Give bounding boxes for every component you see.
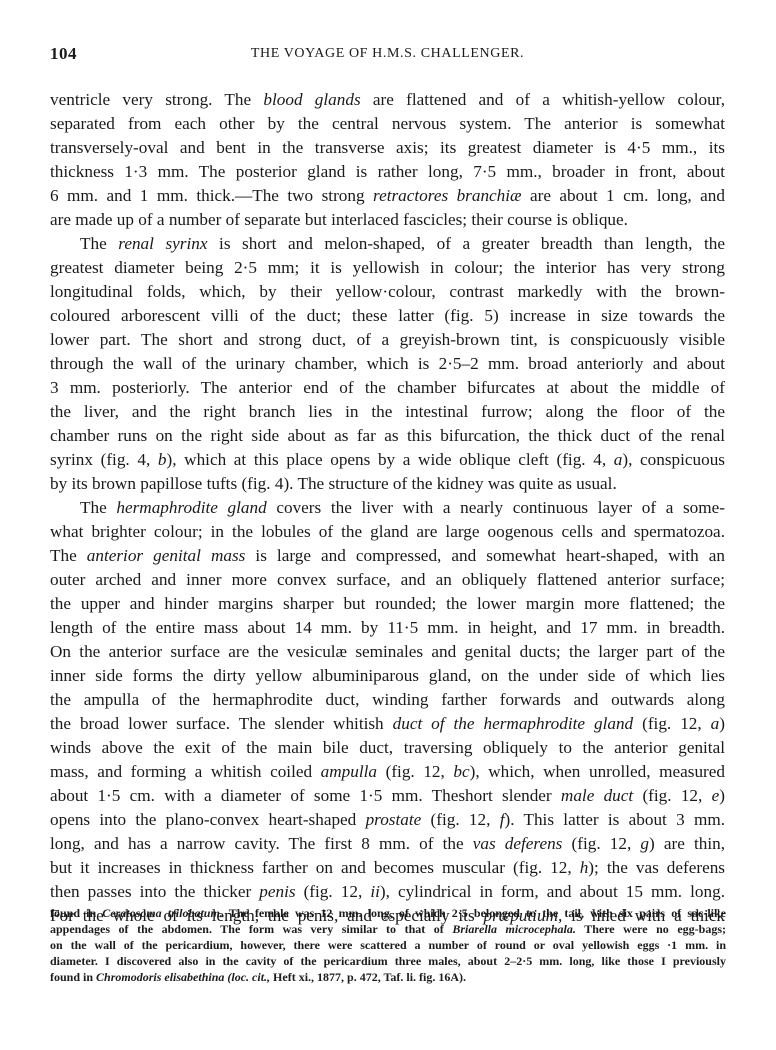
- text-run: The female was 12 mm. long, of which 2·5…: [223, 906, 726, 920]
- text-run: what brighter colour; in the lobules of …: [50, 522, 725, 541]
- body-line: 3 mm. posteriorly. The anterior end of t…: [50, 376, 725, 400]
- text-run: ); the vas deferens: [588, 858, 725, 877]
- text-run: thickness 1·3 mm. The posterior gland is…: [50, 162, 725, 181]
- italic-term: ii: [370, 882, 380, 901]
- body-line: but it increases in thickness farther on…: [50, 856, 725, 880]
- text-run: are flattened and of a whitish-yellow co…: [361, 90, 725, 109]
- running-title: THE VOYAGE OF H.M.S. CHALLENGER.: [50, 46, 725, 62]
- text-run: ) are thin,: [649, 834, 725, 853]
- text-run: the liver, and the right branch lies in …: [50, 402, 725, 421]
- body-line: thickness 1·3 mm. The posterior gland is…: [50, 160, 725, 184]
- body-line: transversely-oval and bent in the transv…: [50, 136, 725, 160]
- text-run: inner side forms the dirty yellow albumi…: [50, 666, 725, 685]
- body-line: On the anterior surface are the vesiculæ…: [50, 640, 725, 664]
- body-line: The hermaphrodite gland covers the liver…: [50, 496, 725, 520]
- body-line: about 1·5 cm. with a diameter of some 1·…: [50, 784, 725, 808]
- text-run: chamber runs on the right side about as …: [50, 426, 725, 445]
- text-run: ), which, when unrolled, measured: [470, 762, 725, 781]
- text-run: appendages of the abdomen. The form was …: [50, 922, 452, 936]
- text-run: ): [719, 714, 725, 733]
- footnote-line: found in Chromodoris elisabethina (loc. …: [50, 969, 726, 985]
- text-run: The: [80, 234, 118, 253]
- text-run: mass, and forming a whitish coiled: [50, 762, 321, 781]
- italic-term: hermaphrodite gland: [116, 498, 266, 517]
- italic-term: renal syrinx: [118, 234, 207, 253]
- text-run: 6 mm. and 1 mm. thick.—The two strong: [50, 186, 373, 205]
- italic-term: g: [640, 834, 649, 853]
- text-run: ), conspicuous: [622, 450, 725, 469]
- text-run: the broad lower surface. The slender whi…: [50, 714, 393, 733]
- text-run: is large and compressed, and somewhat he…: [245, 546, 725, 565]
- italic-term: anterior genital mass: [87, 546, 246, 565]
- italic-term: b: [158, 450, 167, 469]
- body-line: are made up of a number of separate but …: [50, 208, 725, 232]
- body-line: syrinx (fig. 4, b), which at this place …: [50, 448, 725, 472]
- body-line: opens into the plano-convex heart-shaped…: [50, 808, 725, 832]
- italic-term: Ceratosoma trilobatum.: [102, 906, 223, 920]
- footnote-line: found in Ceratosoma trilobatum. The fema…: [50, 905, 726, 921]
- body-line: separated from each other by the central…: [50, 112, 725, 136]
- text-run: length of the entire mass about 14 mm. b…: [50, 618, 725, 637]
- document-page: 104 THE VOYAGE OF H.M.S. CHALLENGER. ven…: [0, 0, 776, 1050]
- text-run: ), which at this place opens by a wide o…: [167, 450, 614, 469]
- text-run: syrinx (fig. 4,: [50, 450, 158, 469]
- text-run: then passes into the thicker: [50, 882, 259, 901]
- body-line: inner side forms the dirty yellow albumi…: [50, 664, 725, 688]
- body-line: length of the entire mass about 14 mm. b…: [50, 616, 725, 640]
- italic-term: vas deferens: [473, 834, 563, 853]
- italic-term: h: [580, 858, 589, 877]
- text-run: but it increases in thickness farther on…: [50, 858, 580, 877]
- body-line: the broad lower surface. The slender whi…: [50, 712, 725, 736]
- text-run: found in: [50, 906, 102, 920]
- text-run: covers the liver with a nearly continuou…: [267, 498, 725, 517]
- text-run: 3 mm. posteriorly. The anterior end of t…: [50, 378, 725, 397]
- body-line: greatest diameter being 2·5 mm; it is ye…: [50, 256, 725, 280]
- text-run: Heft xi., 1877, p. 472, Taf. li. fig. 16…: [270, 970, 466, 984]
- text-run: ). This latter is about 3 mm.: [504, 810, 725, 829]
- text-run: diameter. I discovered also in the cavit…: [50, 954, 726, 968]
- italic-term: ampulla: [321, 762, 377, 781]
- body-line: mass, and forming a whitish coiled ampul…: [50, 760, 725, 784]
- body-line: outer arched and inner more convex surfa…: [50, 568, 725, 592]
- footnote-line: diameter. I discovered also in the cavit…: [50, 953, 726, 969]
- body-line: lower part. The short and strong duct, o…: [50, 328, 725, 352]
- body-line: through the wall of the urinary chamber,…: [50, 352, 725, 376]
- footnote: found in Ceratosoma trilobatum. The fema…: [50, 905, 726, 985]
- text-run: (fig. 12,: [562, 834, 640, 853]
- text-run: (fig. 12,: [421, 810, 499, 829]
- text-run: separated from each other by the central…: [50, 114, 725, 133]
- italic-term: bc: [453, 762, 469, 781]
- page-header: 104 THE VOYAGE OF H.M.S. CHALLENGER.: [50, 44, 725, 66]
- italic-term: a: [711, 714, 720, 733]
- text-run: winds above the exit of the main bile du…: [50, 738, 725, 757]
- body-line: ventricle very strong. The blood glands …: [50, 88, 725, 112]
- body-line: the liver, and the right branch lies in …: [50, 400, 725, 424]
- body-line: The renal syrinx is short and melon-shap…: [50, 232, 725, 256]
- text-run: the ampulla of the hermaphrodite duct, w…: [50, 690, 725, 709]
- text-run: (fig. 12,: [633, 786, 711, 805]
- italic-term: penis: [259, 882, 295, 901]
- text-run: ): [719, 786, 725, 805]
- body-line: then passes into the thicker penis (fig.…: [50, 880, 725, 904]
- text-run: is short and melon-shaped, of a greater …: [207, 234, 725, 253]
- italic-term: Briarella microcephala.: [452, 922, 576, 936]
- text-run: on the wall of the pericardium, however,…: [50, 938, 726, 952]
- text-run: are about 1 cm. long, and: [522, 186, 725, 205]
- text-run: coloured arborescent villi of the duct; …: [50, 306, 725, 325]
- text-run: There were no egg-bags;: [576, 922, 726, 936]
- text-run: longitudinal folds, which, by their yell…: [50, 282, 725, 301]
- text-run: The: [80, 498, 116, 517]
- italic-term: duct of the hermaphrodite gland: [393, 714, 634, 733]
- text-run: (fig. 12,: [377, 762, 453, 781]
- text-run: (fig. 12,: [296, 882, 371, 901]
- text-run: about 1·5 cm. with a diameter of some 1·…: [50, 786, 561, 805]
- body-line: the ampulla of the hermaphrodite duct, w…: [50, 688, 725, 712]
- text-run: On the anterior surface are the vesiculæ…: [50, 642, 725, 661]
- text-run: opens into the plano-convex heart-shaped: [50, 810, 366, 829]
- text-run: the upper and hinder margins sharper but…: [50, 594, 725, 613]
- text-run: ventricle very strong. The: [50, 90, 263, 109]
- text-run: are made up of a number of separate but …: [50, 210, 628, 229]
- body-line: winds above the exit of the main bile du…: [50, 736, 725, 760]
- italic-term: retractores branchiæ: [373, 186, 522, 205]
- text-run: greatest diameter being 2·5 mm; it is ye…: [50, 258, 725, 277]
- body-line: The anterior genital mass is large and c…: [50, 544, 725, 568]
- footnote-line: appendages of the abdomen. The form was …: [50, 921, 726, 937]
- body-line: what brighter colour; in the lobules of …: [50, 520, 725, 544]
- body-line: coloured arborescent villi of the duct; …: [50, 304, 725, 328]
- body-line: 6 mm. and 1 mm. thick.—The two strong re…: [50, 184, 725, 208]
- body-line: longitudinal folds, which, by their yell…: [50, 280, 725, 304]
- text-run: by its brown papillose tufts (fig. 4). T…: [50, 474, 617, 493]
- footnote-line: on the wall of the pericardium, however,…: [50, 937, 726, 953]
- body-line: long, and has a narrow cavity. The first…: [50, 832, 725, 856]
- text-run: ), cylindrical in form, and about 15 mm.…: [380, 882, 725, 901]
- text-run: The: [50, 546, 87, 565]
- text-run: outer arched and inner more convex surfa…: [50, 570, 725, 589]
- text-run: lower part. The short and strong duct, o…: [50, 330, 725, 349]
- italic-term: blood glands: [263, 90, 360, 109]
- body-line: the upper and hinder margins sharper but…: [50, 592, 725, 616]
- italic-term: male duct: [561, 786, 633, 805]
- italic-term: Chromodoris elisabethina (loc. cit.,: [96, 970, 270, 984]
- text-run: through the wall of the urinary chamber,…: [50, 354, 725, 373]
- body-line: chamber runs on the right side about as …: [50, 424, 725, 448]
- text-run: (fig. 12,: [633, 714, 711, 733]
- text-run: long, and has a narrow cavity. The first…: [50, 834, 473, 853]
- text-run: transversely-oval and bent in the transv…: [50, 138, 725, 157]
- body-text: ventricle very strong. The blood glands …: [50, 88, 725, 928]
- body-line: by its brown papillose tufts (fig. 4). T…: [50, 472, 725, 496]
- text-run: found in: [50, 970, 96, 984]
- italic-term: prostate: [366, 810, 422, 829]
